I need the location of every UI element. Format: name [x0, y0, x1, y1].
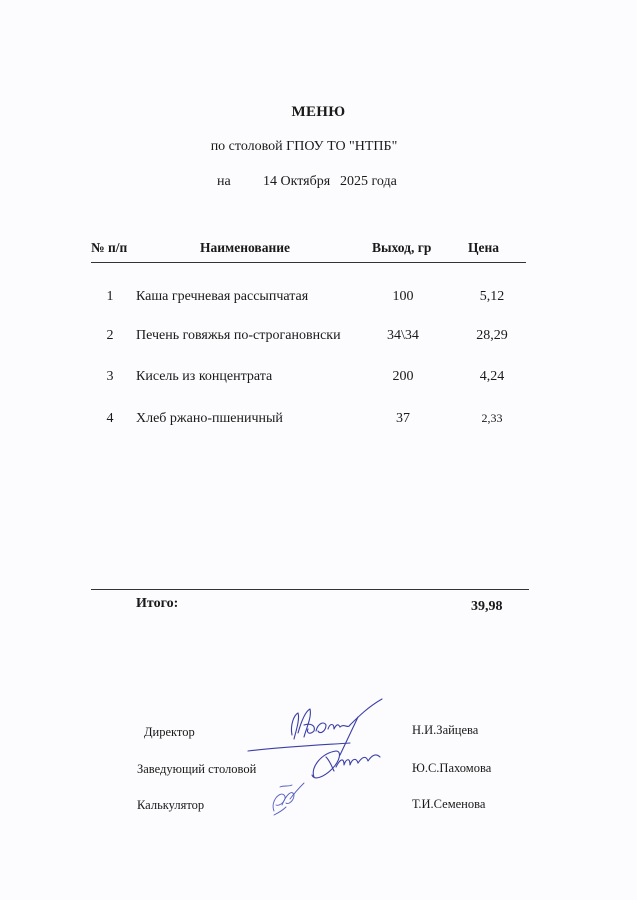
calculator-signature-icon: [273, 783, 304, 815]
header-divider: [91, 262, 526, 263]
table-row: 1 Каша гречневая рассыпчатая 100 5,12: [0, 289, 637, 309]
table-row: 2 Печень говяжья по-строгановнски 34\34 …: [0, 328, 637, 348]
row-yield: 200: [378, 369, 428, 385]
header-yield: Выход, гр: [372, 240, 431, 256]
signature-name-director: Н.И.Зайцева: [412, 723, 478, 738]
document-subtitle: по столовой ГПОУ ТО "НТПБ": [0, 139, 608, 155]
row-price: 4,24: [462, 369, 522, 385]
row-price: 5,12: [462, 289, 522, 305]
row-num: 2: [104, 328, 116, 344]
signature-name-canteen-head: Ю.С.Пахомова: [412, 761, 491, 776]
table-row: 3 Кисель из концентрата 200 4,24: [0, 369, 637, 389]
row-price: 2,33: [462, 411, 522, 426]
row-name: Кисель из концентрата: [136, 369, 272, 385]
date-year: 2025 года: [340, 174, 397, 190]
total-value: 39,98: [471, 599, 503, 615]
director-signature-icon: [248, 699, 382, 755]
row-name: Печень говяжья по-строгановнски: [136, 328, 341, 344]
row-price: 28,29: [462, 328, 522, 344]
signature-role-director: Директор: [144, 725, 195, 740]
row-name: Каша гречневая рассыпчатая: [136, 289, 308, 305]
row-num: 4: [104, 411, 116, 427]
header-price: Цена: [468, 240, 499, 256]
handwritten-signatures: [240, 695, 400, 825]
table-row: 4 Хлеб ржано-пшеничный 37 2,33: [0, 411, 637, 431]
header-name: Наименование: [200, 240, 290, 256]
signature-name-calculator: Т.И.Семенова: [412, 797, 485, 812]
row-name: Хлеб ржано-пшеничный: [136, 411, 283, 427]
total-divider: [91, 589, 529, 590]
row-yield: 34\34: [378, 328, 428, 344]
date-prefix: на: [217, 174, 231, 190]
row-yield: 100: [378, 289, 428, 305]
signature-role-calculator: Калькулятор: [137, 798, 204, 813]
document-title: МЕНЮ: [0, 104, 637, 121]
canteen-head-signature-icon: [312, 751, 380, 778]
header-num: № п/п: [91, 240, 127, 256]
row-num: 3: [104, 369, 116, 385]
row-yield: 37: [378, 411, 428, 427]
row-num: 1: [104, 289, 116, 305]
date-day-month: 14 Октября: [263, 174, 330, 190]
total-label: Итого:: [136, 596, 178, 612]
signature-role-canteen-head: Заведующий столовой: [137, 762, 256, 777]
